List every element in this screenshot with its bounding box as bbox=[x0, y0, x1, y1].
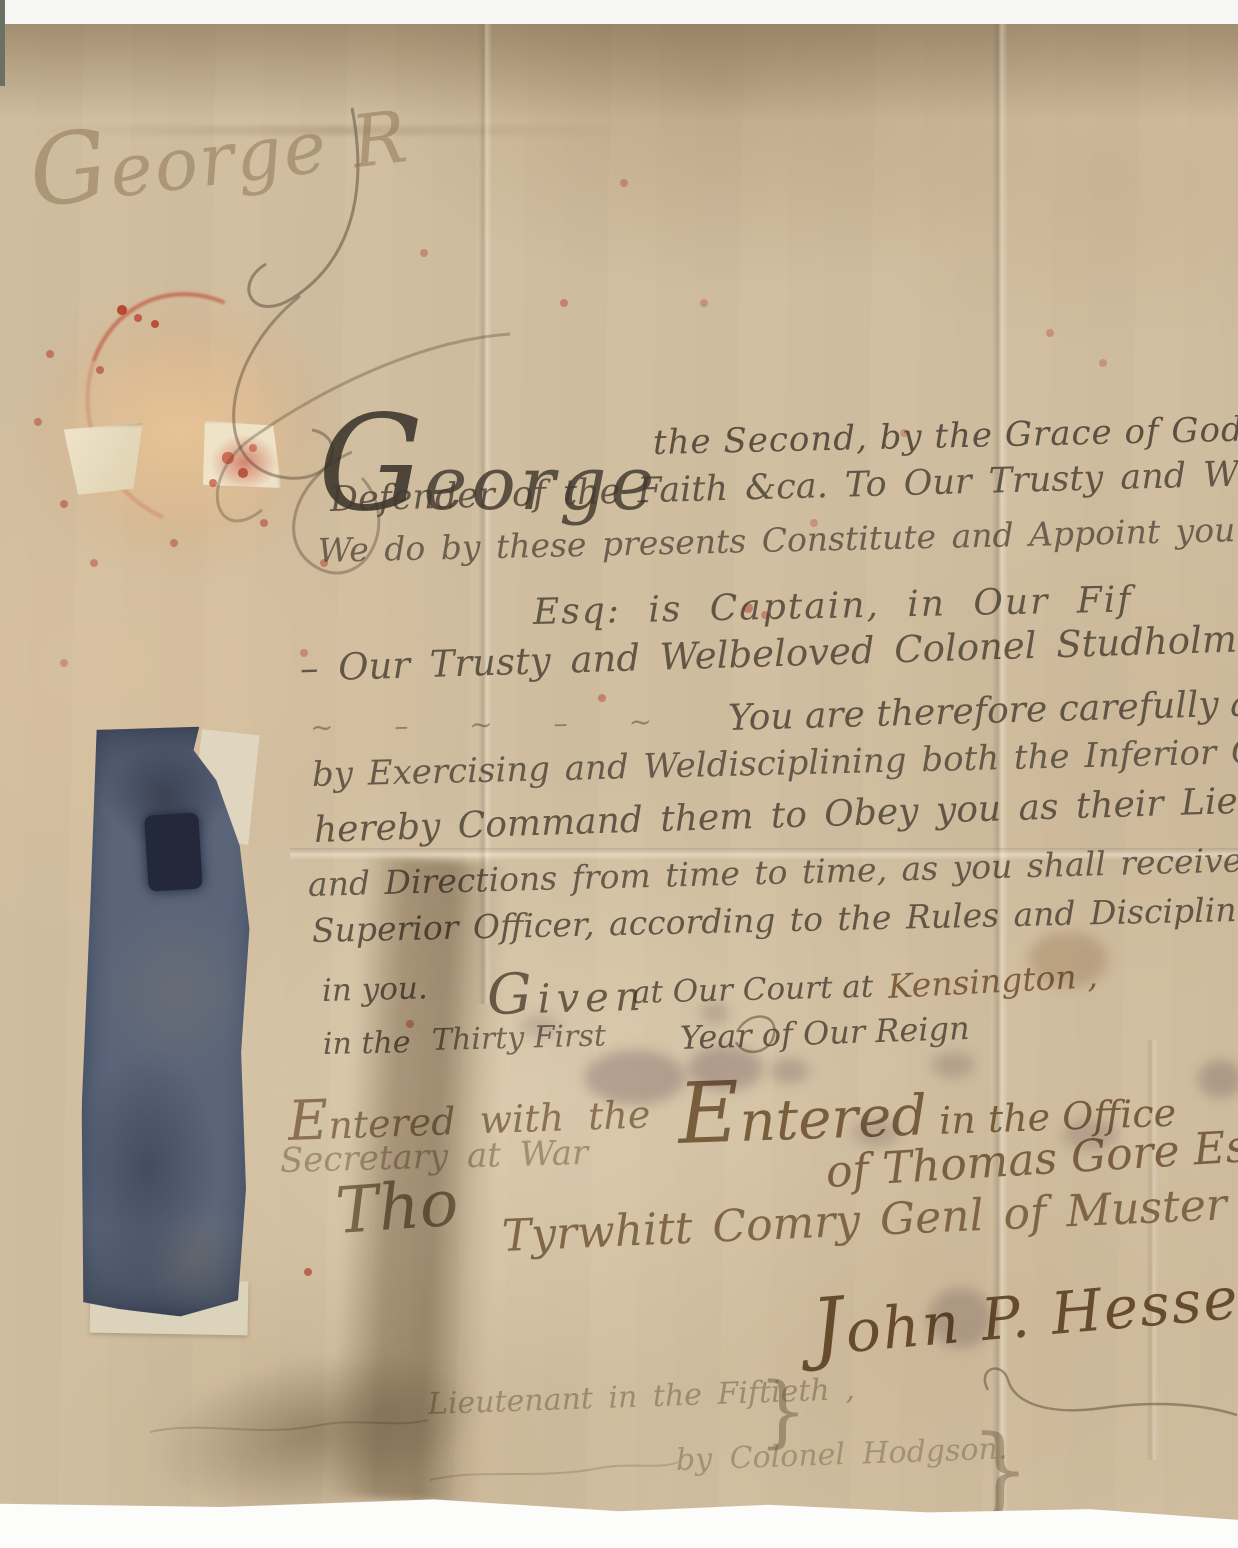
purple-stain bbox=[770, 1058, 810, 1084]
given-line-middle: at Our Court at bbox=[632, 970, 874, 1012]
scanner-top-margin bbox=[0, 0, 1238, 24]
filler-dash-marks: ~ – ~ – ~ bbox=[310, 706, 678, 745]
purple-stain bbox=[928, 1288, 993, 1348]
scanner-left-edge bbox=[0, 0, 5, 86]
purple-stain bbox=[1198, 1060, 1238, 1098]
purple-stain bbox=[930, 1052, 975, 1078]
scanned-parchment-commission: George R George the Second, by the Grace… bbox=[0, 0, 1238, 1548]
purple-stain bbox=[585, 1050, 685, 1105]
revenue-stamp-dark-patch bbox=[144, 813, 203, 892]
purple-stain bbox=[700, 1002, 730, 1024]
parchment-seal-slit-right bbox=[194, 416, 284, 496]
purple-stain bbox=[1062, 1120, 1117, 1150]
purple-stain bbox=[520, 1014, 560, 1038]
purple-stain bbox=[688, 1046, 763, 1091]
purple-stain bbox=[852, 1118, 900, 1148]
endorsement-brace-2: } bbox=[970, 1416, 1030, 1525]
brown-stain bbox=[1028, 932, 1108, 987]
given-word: Given bbox=[486, 960, 647, 1029]
